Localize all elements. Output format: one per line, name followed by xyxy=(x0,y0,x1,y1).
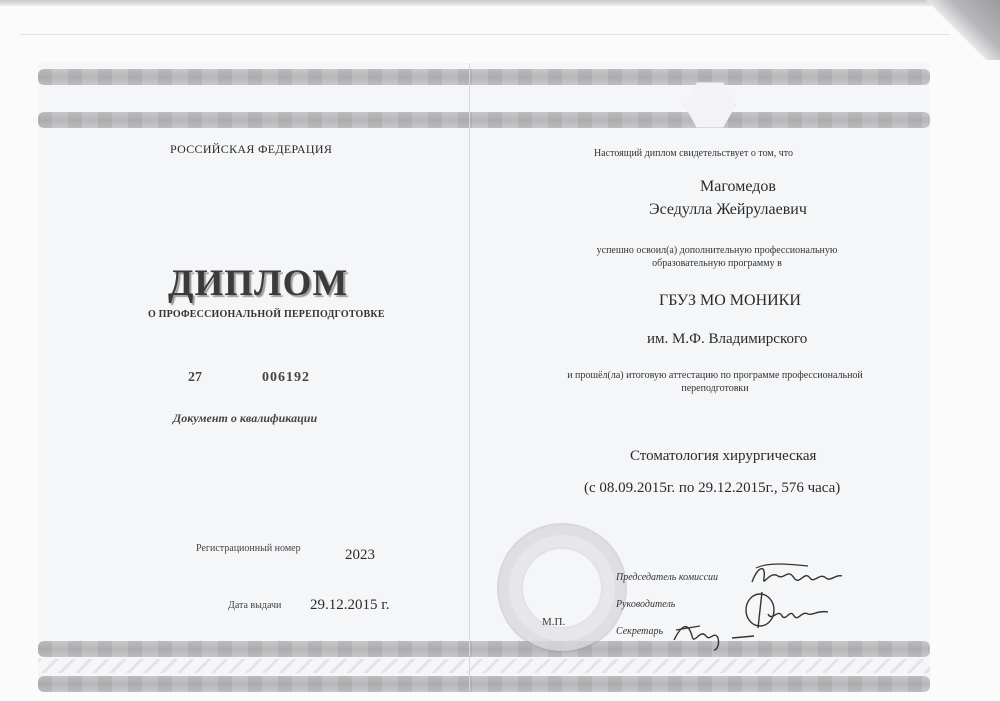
diploma-series: 27 xyxy=(188,370,202,386)
issue-date: 29.12.2015 г. xyxy=(310,597,389,614)
decorative-band-top-1 xyxy=(38,69,930,85)
stamp-place-label: М.П. xyxy=(542,616,565,628)
decorative-band-bottom-1 xyxy=(38,641,930,657)
diploma-title: ДИПЛОМ xyxy=(168,262,348,305)
scan-artifact-line xyxy=(20,34,950,35)
commission-chair-label: Председатель комиссии xyxy=(616,572,718,583)
page-curl xyxy=(920,0,1000,60)
holder-surname: Магомедов xyxy=(700,178,776,196)
specialty: Стоматология хирургическая xyxy=(630,448,816,465)
registration-label: Регистрационный номер xyxy=(196,543,301,554)
organization-named-after: им. М.Ф. Владимирского xyxy=(647,331,807,348)
secretary-label: Секретарь xyxy=(616,626,663,637)
scanner-edge xyxy=(0,0,1000,6)
study-period: (с 08.09.2015г. по 29.12.2015г., 576 час… xyxy=(584,480,840,497)
document-kind: Документ о квалификации xyxy=(173,411,317,426)
attestation-text: и прошёл(ла) итоговую аттестацию по прог… xyxy=(565,369,865,395)
decorative-band-top-2 xyxy=(38,112,930,128)
center-fold xyxy=(469,63,470,691)
holder-given-names: Эседулла Жейрулаевич xyxy=(649,201,807,219)
head-label: Руководитель xyxy=(616,599,675,610)
decorative-pattern xyxy=(38,659,930,673)
diploma-subtitle: О ПРОФЕССИОНАЛЬНОЙ ПЕРЕПОДГОТОВКЕ xyxy=(148,309,385,320)
issue-date-label: Дата выдачи xyxy=(228,600,281,611)
organization-name: ГБУЗ МО МОНИКИ xyxy=(659,292,801,310)
program-mastered-text: успешно освоил(а) дополнительную професс… xyxy=(572,244,862,270)
registration-number: 2023 xyxy=(345,547,375,564)
diploma-number: 006192 xyxy=(262,370,310,386)
secretary-signature-icon xyxy=(670,616,780,652)
certification-intro: Настоящий диплом свидетельствует о том, … xyxy=(594,148,793,159)
decorative-band-bottom-2 xyxy=(38,676,930,692)
country-heading: РОССИЙСКАЯ ФЕДЕРАЦИЯ xyxy=(170,142,332,157)
official-stamp-icon xyxy=(497,523,627,653)
